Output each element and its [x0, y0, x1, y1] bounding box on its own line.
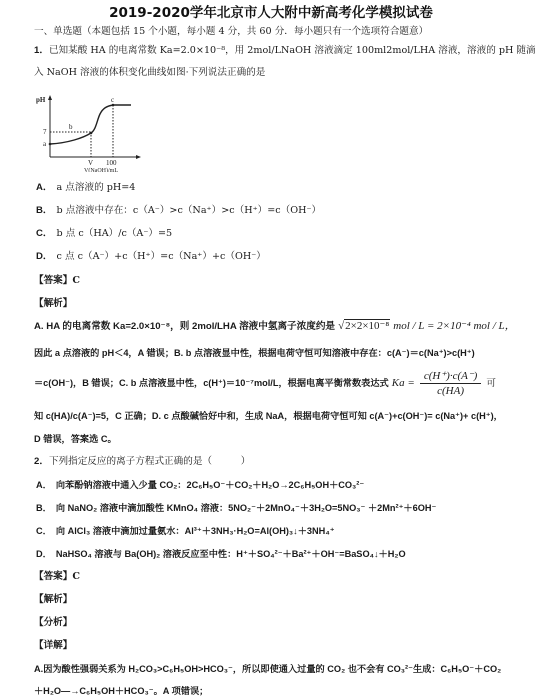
q1-option-b: B．b 点溶液中存在：c（A⁻）>c（Na⁺）>c（H⁺）=c（OH⁻） [36, 204, 321, 218]
svg-text:100: 100 [106, 159, 117, 167]
q1-stem-line2: 入 NaOH 溶液的体积变化曲线如图·下列说法正确的是 [34, 66, 265, 80]
q1-stem-text: 已知某酸 HA 的电离常数 Ka=2.0×10⁻⁸，用 2mol/LNaOH 溶… [49, 45, 536, 56]
svg-text:pH: pH [36, 96, 46, 104]
q2-answer: 【答案】C [34, 570, 80, 584]
q1-option-a: A．a 点溶液的 pH=4 [36, 181, 135, 195]
svg-text:V: V [88, 159, 93, 167]
sqrt-expression: √2×2×10⁻⁸ [338, 319, 390, 332]
q1-analysis-line4: 知 c(HA)/c(A⁻)=5，C 正确；D. c 点酸碱恰好中和，生成 NaA… [34, 409, 503, 423]
exam-page: 2019-2020学年北京市人大附中新高考化学模拟试卷 一、单选题（本题包括 1… [0, 0, 542, 698]
q1-answer: 【答案】C [34, 274, 80, 288]
q2-option-a: A．向苯酚钠溶液中通入少量 CO₂：2C₆H₅O⁻＋CO₂＋H₂O→2C₆H₅O… [36, 478, 364, 492]
q2-stem: 2．下列指定反应的离子方程式正确的是（ ） [34, 455, 250, 469]
q2-option-d: D．NaHSO₄ 溶液与 Ba(OH)₂ 溶液反应至中性：H⁺＋SO₄²⁻＋Ba… [36, 547, 406, 561]
q2-detail-line1: A.因为酸性强弱关系为 H₂CO₃>C₆H₅OH>HCO₃⁻，所以即使通入过量的… [34, 662, 501, 676]
q1-option-c: C．b 点 c（HA）/c（A⁻）=5 [36, 227, 172, 241]
svg-text:V(NaOH)/mL: V(NaOH)/mL [84, 167, 118, 172]
q1-number: 1． [34, 45, 49, 56]
q1-analysis-line3: ＝c(OH⁻)，B 错误；C. b 点溶液显中性，c(H⁺)＝10⁻⁷mol/L… [34, 369, 496, 398]
section-heading: 一、单选题（本题包括 15 个小题，每小题 4 分，共 60 分．每小题只有一个… [34, 25, 428, 39]
svg-text:a: a [43, 140, 47, 148]
q1-analysis-label: 【解析】 [34, 297, 72, 311]
q1-analysis-line5: D 错误，答案选 C。 [34, 432, 117, 446]
x-axis-arrow-icon [136, 155, 141, 159]
q1-analysis-line2: 因此 a 点溶液的 pH＜4，A 错误；B. b 点溶液显中性，根据电荷守恒可知… [34, 346, 475, 360]
q2-analysis-label: 【解析】 [34, 593, 72, 607]
svg-text:c: c [111, 96, 114, 104]
q1-stem-line1: 1．已知某酸 HA 的电离常数 Ka=2.0×10⁻⁸，用 2mol/LNaOH… [34, 44, 536, 58]
q2-fenxi-label: 【分析】 [34, 616, 72, 630]
titration-curve-figure: pH 7 a b c V 100 V(NaOH)/mL [28, 92, 146, 172]
q2-xiangjie-label: 【详解】 [34, 639, 72, 653]
q1-analysis-line1: A. HA 的电离常数 Ka=2.0×10⁻⁸，则 2mol/LHA 溶液中氢离… [34, 319, 516, 334]
q1-option-d: D．c 点 c（A⁻）+c（H⁺）=c（Na⁺）+c（OH⁻） [36, 250, 266, 264]
document-title: 2019-2020学年北京市人大附中新高考化学模拟试卷 [0, 4, 542, 22]
q2-detail-line2: ＋H₂O—→C₆H₅OH＋HCO₃⁻。A 项错误； [34, 684, 208, 698]
q2-option-b: B．向 NaNO₂ 溶液中滴加酸性 KMnO₄ 溶液：5NO₂⁻＋2MnO₄⁻＋… [36, 501, 436, 515]
svg-text:7: 7 [43, 128, 47, 136]
ka-fraction: c(H⁺)·c(A⁻) c(HA) [420, 369, 481, 398]
svg-text:b: b [69, 123, 73, 131]
q2-option-c: C．向 AlCl₃ 溶液中滴加过量氨水：Al³⁺＋3NH₃·H₂O=Al(OH)… [36, 524, 335, 538]
y-axis-arrow-icon [48, 95, 52, 100]
